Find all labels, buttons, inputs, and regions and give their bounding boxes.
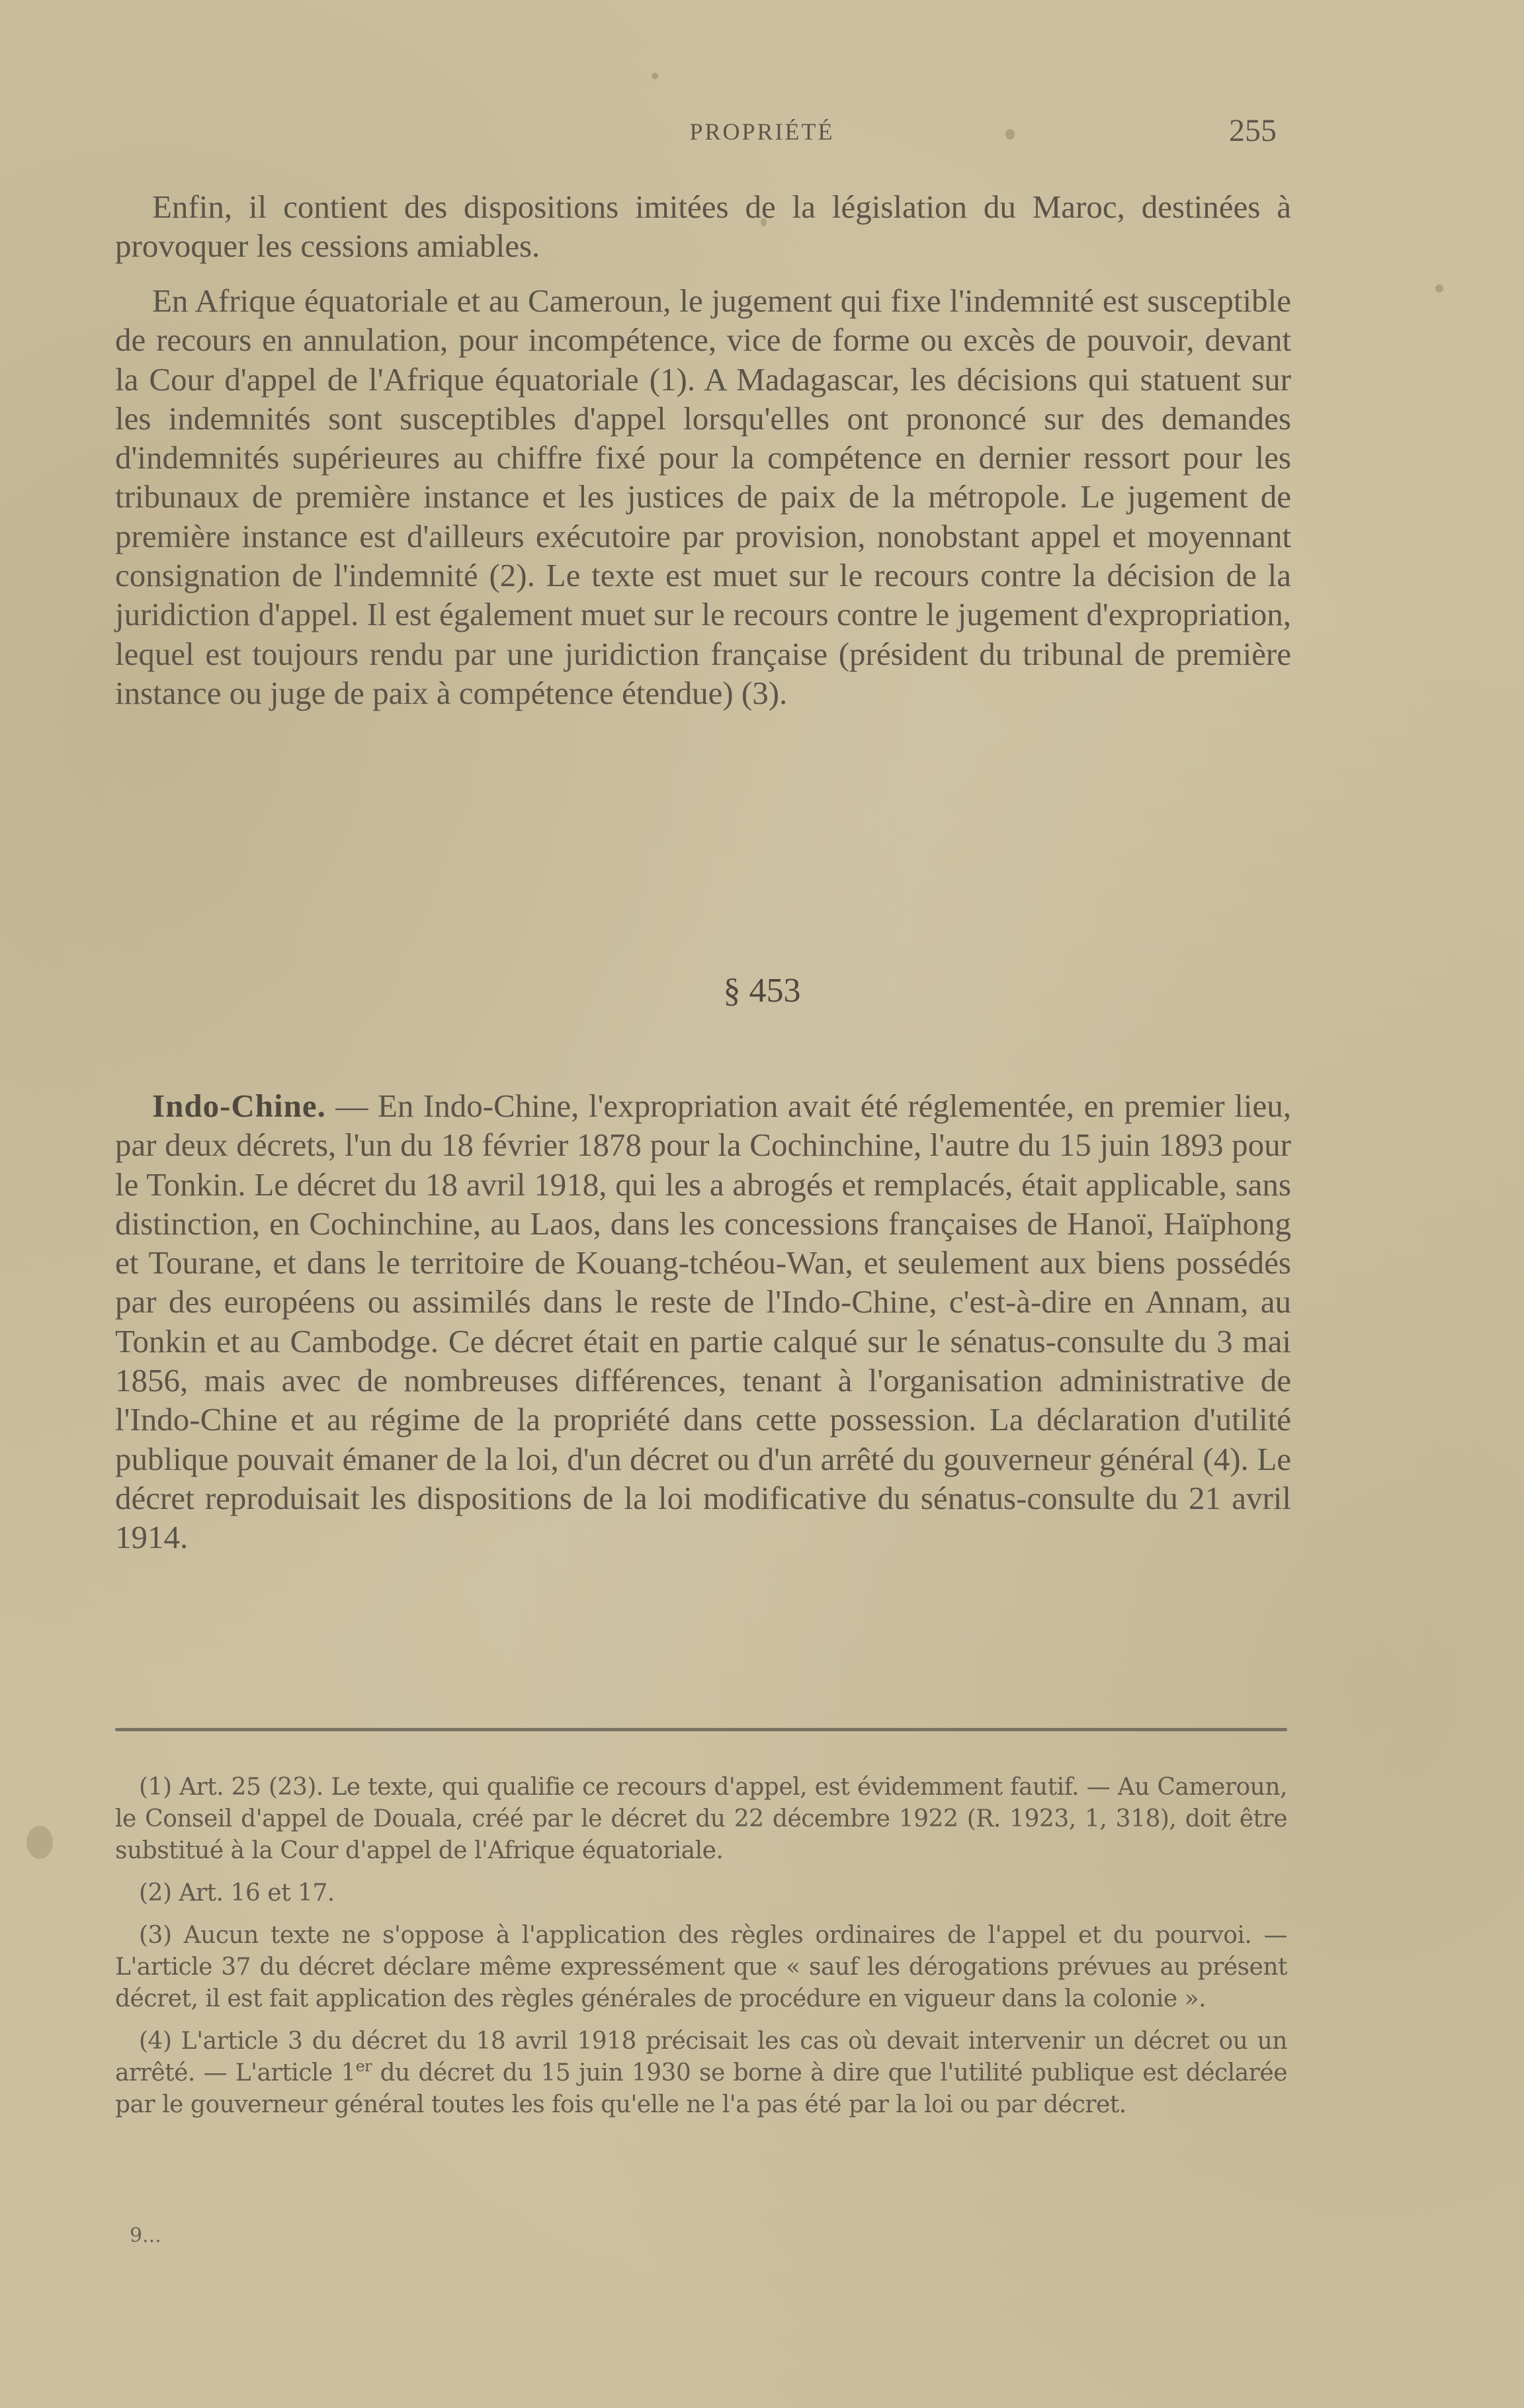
superscript: er — [356, 2057, 372, 2075]
footnote-2: (2) Art. 16 et 17. — [115, 1877, 1287, 1909]
footnote-text: Art. 16 et 17. — [179, 1879, 334, 1907]
section-heading: § 453 — [0, 971, 1524, 1010]
footnote-marker: (4) — [139, 2028, 172, 2055]
footnote-4: (4) L'article 3 du décret du 18 avril 19… — [115, 2026, 1287, 2121]
section-lead-in: Indo-Chine. — [152, 1088, 326, 1124]
footnote-3: (3) Aucun texte ne s'oppose à l'applicat… — [115, 1920, 1287, 2015]
footnote-marker: (3) — [139, 1922, 172, 1949]
footnote-marker: (2) — [139, 1879, 172, 1907]
book-page: PROPRIÉTÉ 255 Enfin, il contient des dis… — [0, 0, 1524, 2408]
running-head: PROPRIÉTÉ 255 — [0, 112, 1524, 152]
signature-mark: 9... — [130, 2224, 161, 2247]
section-text: En Indo-Chine, l'expropriation avait été… — [115, 1088, 1291, 1555]
running-title: PROPRIÉTÉ — [0, 118, 1524, 146]
section-paragraph: Indo-Chine. — En Indo-Chine, l'expropria… — [115, 1086, 1291, 1557]
footnote-text: Art. 25 (23). Le texte, qui qualifie ce … — [115, 1774, 1287, 1864]
footnotes: (1) Art. 25 (23). Le texte, qui qualifie… — [115, 1772, 1287, 2131]
paragraph-2: En Afrique équatoriale et au Cameroun, l… — [115, 281, 1291, 712]
footnote-1: (1) Art. 25 (23). Le texte, qui qualifie… — [115, 1772, 1287, 1867]
em-dash: — — [326, 1088, 378, 1124]
footnote-divider — [115, 1728, 1287, 1731]
footnote-marker: (1) — [139, 1774, 172, 1801]
paragraph-text: En Afrique équatoriale et au Cameroun, l… — [115, 281, 1291, 712]
footnote-text: Aucun texte ne s'oppose à l'application … — [115, 1922, 1287, 2012]
page-number: 255 — [1229, 112, 1277, 149]
paragraph-text: Enfin, il contient des dispositions imit… — [115, 187, 1291, 266]
paragraph-1: Enfin, il contient des dispositions imit… — [115, 187, 1291, 266]
